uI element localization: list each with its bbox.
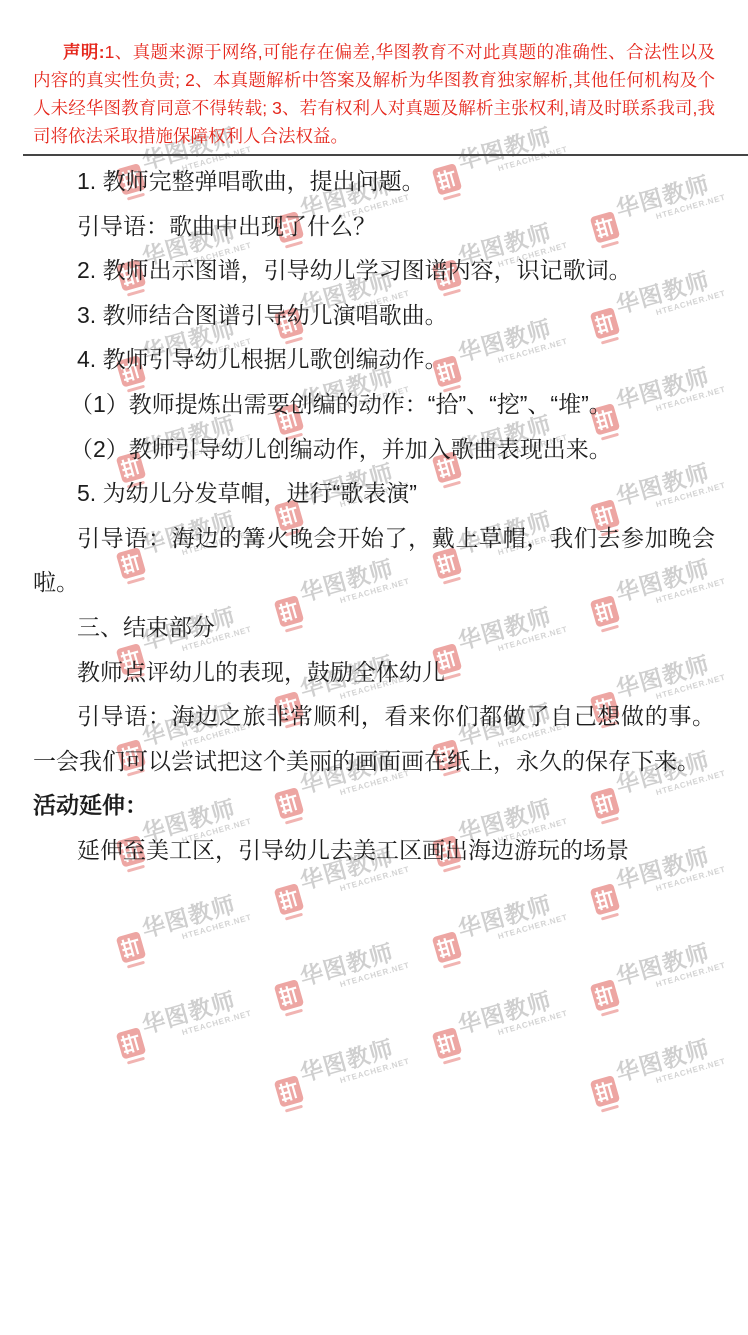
watermark-inner: 华图教师HTEACHER.NET bbox=[112, 981, 269, 1066]
document-page: 华图教师HTEACHER.NET华图教师HTEACHER.NET华图教师HTEA… bbox=[0, 0, 748, 1335]
paragraph: 延伸至美工区，引导幼儿去美工区画出海边游玩的场景 bbox=[33, 828, 715, 873]
watermark-text-column: 华图教师HTEACHER.NET bbox=[139, 985, 252, 1048]
paragraph: 5. 为幼儿分发草帽，进行“歌表演” bbox=[33, 471, 715, 516]
logo-caption-mark bbox=[285, 1105, 303, 1113]
huatu-logo-glyph bbox=[116, 931, 147, 964]
huatu-logo-glyph bbox=[274, 883, 305, 916]
watermark-logo-column bbox=[590, 1075, 622, 1113]
watermark: 华图教师HTEACHER.NET bbox=[594, 1064, 744, 1126]
logo-caption-mark bbox=[285, 913, 303, 921]
watermark-site-text: HTEACHER.NET bbox=[181, 913, 253, 942]
paragraph: 引导语：海边之旅非常顺利，看来你们都做了自己想做的事。一会我们可以尝试把这个美丽… bbox=[33, 694, 715, 783]
paragraph: 三、结束部分 bbox=[33, 605, 715, 650]
huatu-logo-icon bbox=[274, 1075, 305, 1108]
watermark-brand-text: 华图教师 bbox=[297, 1033, 408, 1086]
huatu-logo-glyph bbox=[432, 931, 463, 964]
huatu-logo-icon bbox=[116, 1027, 147, 1060]
watermark: 华图教师HTEACHER.NET bbox=[120, 1016, 270, 1078]
logo-caption-mark bbox=[127, 1057, 145, 1065]
watermark-text-column: 华图教师HTEACHER.NET bbox=[297, 937, 410, 1000]
logo-caption-mark bbox=[601, 913, 619, 921]
huatu-logo-glyph bbox=[590, 979, 621, 1012]
watermark: 华图教师HTEACHER.NET bbox=[278, 1064, 428, 1126]
watermark: 华图教师HTEACHER.NET bbox=[436, 1016, 586, 1078]
watermark-brand-text: 华图教师 bbox=[139, 985, 250, 1038]
paragraph: 4. 教师引导幼儿根据儿歌创编动作。 bbox=[33, 337, 715, 382]
watermark-logo-column bbox=[590, 883, 622, 921]
watermark-text-column: 华图教师HTEACHER.NET bbox=[455, 985, 568, 1048]
huatu-logo-icon bbox=[432, 1027, 463, 1060]
watermark-text-column: 华图教师HTEACHER.NET bbox=[297, 1033, 410, 1096]
paragraph: 引导语：歌曲中出现了什么？ bbox=[33, 204, 715, 249]
logo-caption-mark bbox=[601, 1009, 619, 1017]
watermark-brand-text: 华图教师 bbox=[613, 1033, 724, 1086]
paragraph: 3. 教师结合图谱引导幼儿演唱歌曲。 bbox=[33, 293, 715, 338]
watermark-logo-column bbox=[432, 1027, 464, 1065]
watermark: 华图教师HTEACHER.NET bbox=[436, 920, 586, 982]
huatu-logo-icon bbox=[274, 883, 305, 916]
huatu-logo-icon bbox=[590, 883, 621, 916]
watermark-site-text: HTEACHER.NET bbox=[655, 1057, 727, 1086]
watermark-brand-text: 华图教师 bbox=[139, 889, 250, 942]
disclaimer-label: 声明: bbox=[63, 42, 105, 62]
watermark-inner: 华图教师HTEACHER.NET bbox=[586, 933, 743, 1018]
huatu-logo-glyph bbox=[432, 1027, 463, 1060]
watermark-inner: 华图教师HTEACHER.NET bbox=[270, 933, 427, 1018]
huatu-logo-glyph bbox=[116, 1027, 147, 1060]
horizontal-divider bbox=[23, 154, 748, 156]
watermark-logo-column bbox=[274, 979, 306, 1017]
paragraph: （2）教师引导幼儿创编动作，并加入歌曲表现出来。 bbox=[33, 427, 715, 472]
watermark-logo-column bbox=[116, 931, 148, 969]
watermark-inner: 华图教师HTEACHER.NET bbox=[428, 981, 585, 1066]
watermark-text-column: 华图教师HTEACHER.NET bbox=[455, 889, 568, 952]
watermark-text-column: 华图教师HTEACHER.NET bbox=[613, 1033, 726, 1096]
watermark-site-text: HTEACHER.NET bbox=[181, 1009, 253, 1038]
logo-caption-mark bbox=[443, 1057, 461, 1065]
watermark: 华图教师HTEACHER.NET bbox=[594, 872, 744, 934]
watermark-inner: 华图教师HTEACHER.NET bbox=[586, 1029, 743, 1114]
huatu-logo-icon bbox=[274, 979, 305, 1012]
logo-caption-mark bbox=[601, 1105, 619, 1113]
huatu-logo-glyph bbox=[590, 1075, 621, 1108]
watermark: 华图教师HTEACHER.NET bbox=[278, 872, 428, 934]
logo-caption-mark bbox=[127, 961, 145, 969]
watermark: 华图教师HTEACHER.NET bbox=[278, 968, 428, 1030]
watermark-site-text: HTEACHER.NET bbox=[497, 913, 569, 942]
disclaimer-paragraph: 声明:1、真题来源于网络,可能存在偏差,华图教育不对此真题的准确性、合法性以及内… bbox=[33, 0, 715, 150]
watermark-inner: 华图教师HTEACHER.NET bbox=[270, 1029, 427, 1114]
watermark-site-text: HTEACHER.NET bbox=[339, 961, 411, 990]
logo-caption-mark bbox=[443, 961, 461, 969]
document-content: 声明:1、真题来源于网络,可能存在偏差,华图教育不对此真题的准确性、合法性以及内… bbox=[0, 0, 748, 873]
watermark: 华图教师HTEACHER.NET bbox=[120, 920, 270, 982]
watermark-logo-column bbox=[590, 979, 622, 1017]
watermark: 华图教师HTEACHER.NET bbox=[594, 968, 744, 1030]
paragraph: 教师点评幼儿的表现，鼓励全体幼儿 bbox=[33, 650, 715, 695]
huatu-logo-icon bbox=[432, 931, 463, 964]
huatu-logo-glyph bbox=[274, 979, 305, 1012]
body-paragraphs: 1. 教师完整弹唱歌曲，提出问题。引导语：歌曲中出现了什么？2. 教师出示图谱，… bbox=[33, 159, 715, 873]
watermark-logo-column bbox=[432, 931, 464, 969]
paragraph: 2. 教师出示图谱，引导幼儿学习图谱内容，识记歌词。 bbox=[33, 248, 715, 293]
paragraph: 引导语：海边的篝火晚会开始了，戴上草帽，我们去参加晚会啦。 bbox=[33, 516, 715, 605]
watermark-logo-column bbox=[116, 1027, 148, 1065]
watermark-inner: 华图教师HTEACHER.NET bbox=[428, 885, 585, 970]
watermark-site-text: HTEACHER.NET bbox=[497, 1009, 569, 1038]
watermark-brand-text: 华图教师 bbox=[613, 937, 724, 990]
watermark-site-text: HTEACHER.NET bbox=[339, 1057, 411, 1086]
huatu-logo-icon bbox=[590, 979, 621, 1012]
paragraph: 活动延伸： bbox=[33, 783, 715, 828]
watermark-brand-text: 华图教师 bbox=[455, 985, 566, 1038]
watermark-text-column: 华图教师HTEACHER.NET bbox=[139, 889, 252, 952]
logo-caption-mark bbox=[285, 1009, 303, 1017]
watermark-inner: 华图教师HTEACHER.NET bbox=[112, 885, 269, 970]
watermark-logo-column bbox=[274, 1075, 306, 1113]
paragraph: 1. 教师完整弹唱歌曲，提出问题。 bbox=[33, 159, 715, 204]
paragraph: （1）教师提炼出需要创编的动作：“拾”、“挖”、“堆”。 bbox=[33, 382, 715, 427]
huatu-logo-icon bbox=[116, 931, 147, 964]
watermark-logo-column bbox=[274, 883, 306, 921]
watermark-site-text: HTEACHER.NET bbox=[655, 961, 727, 990]
huatu-logo-glyph bbox=[274, 1075, 305, 1108]
disclaimer-text: 1、真题来源于网络,可能存在偏差,华图教育不对此真题的准确性、合法性以及内容的真… bbox=[33, 42, 715, 146]
huatu-logo-glyph bbox=[590, 883, 621, 916]
watermark-brand-text: 华图教师 bbox=[455, 889, 566, 942]
watermark-brand-text: 华图教师 bbox=[297, 937, 408, 990]
huatu-logo-icon bbox=[590, 1075, 621, 1108]
watermark-text-column: 华图教师HTEACHER.NET bbox=[613, 937, 726, 1000]
